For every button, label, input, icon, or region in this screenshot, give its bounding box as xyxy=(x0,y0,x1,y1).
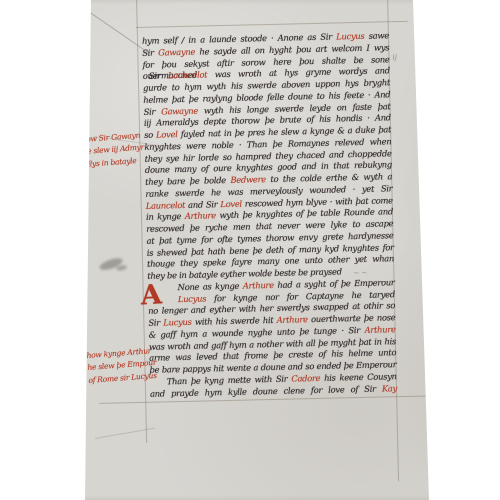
ruling-line-top xyxy=(136,21,408,28)
page-content: how Sir Gawaynhe slew iij Admyrallys in … xyxy=(0,0,500,500)
manuscript-page: how Sir Gawaynhe slew iij Admyrallys in … xyxy=(0,0,500,500)
marginal-note: how kynge Arthurhe slew þe Empourof Rome… xyxy=(86,345,159,387)
margin-mark: ~ ~ xyxy=(353,269,367,277)
ink-smudge xyxy=(116,264,128,271)
margin-mark: ij xyxy=(392,53,397,61)
manuscript-photo: how Sir Gawaynhe slew iij Admyrallys in … xyxy=(0,0,500,500)
marginal-note: how Sir Gawaynhe slew iij Admyrallys in … xyxy=(81,129,154,171)
manuscript-text-block: hym self / in a launde stoode · Anone as… xyxy=(142,30,397,400)
vellum-crease xyxy=(87,10,149,53)
